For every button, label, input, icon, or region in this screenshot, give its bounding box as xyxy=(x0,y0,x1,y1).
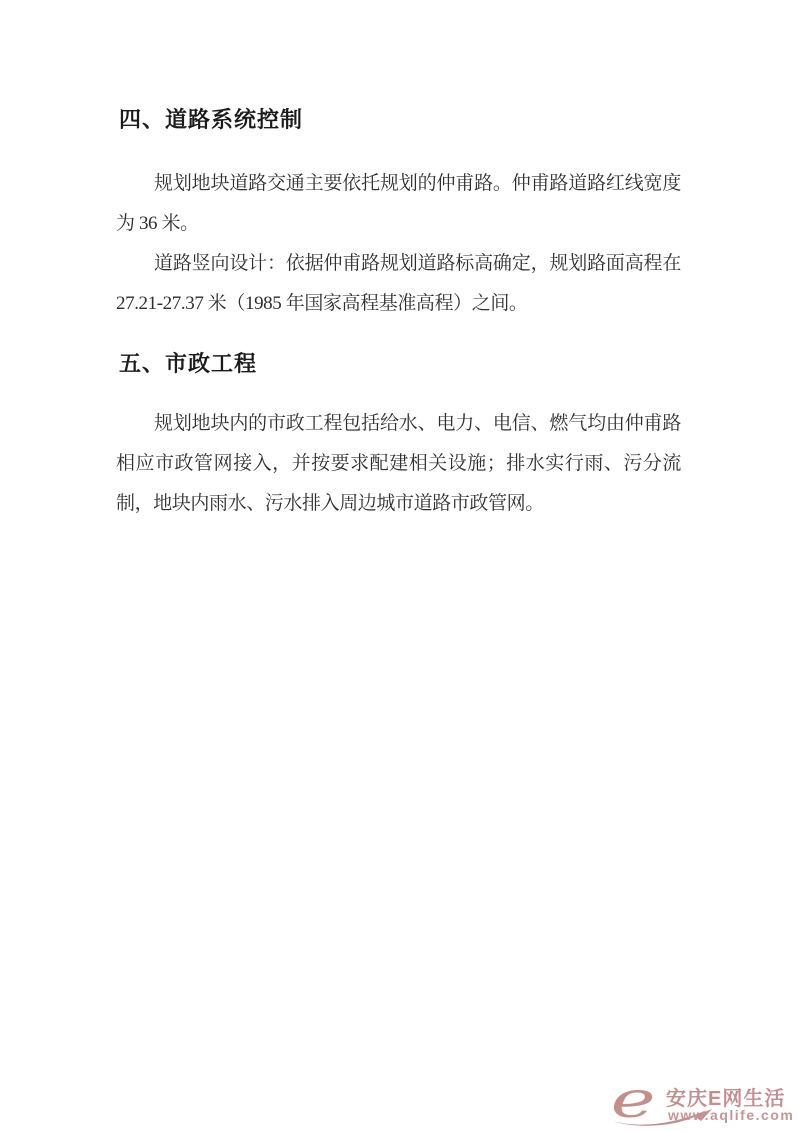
paragraph-municipal-utilities: 规划地块内的市政工程包括给水、电力、电信、燃气均由仲甫路相应市政管网接入，并按要… xyxy=(116,404,681,524)
section-heading-municipal-engineering: 五、市政工程 xyxy=(119,349,681,379)
watermark-site-url: www.aqlife.com xyxy=(668,1107,794,1123)
watermark: e 安庆E网生活 www.aqlife.com xyxy=(608,1074,800,1130)
document-content: 四、道路系统控制 规划地块道路交通主要依托规划的仲甫路。仲甫路道路红线宽度为 3… xyxy=(116,105,681,524)
svg-text:e: e xyxy=(611,1074,656,1130)
section-heading-road-system: 四、道路系统控制 xyxy=(119,105,681,135)
paragraph-road-traffic: 规划地块道路交通主要依托规划的仲甫路。仲甫路道路红线宽度为 36 米。 xyxy=(116,164,681,244)
paragraph-vertical-design: 道路竖向设计：依据仲甫路规划道路标高确定，规划路面高程在 27.21-27.37… xyxy=(116,244,681,324)
